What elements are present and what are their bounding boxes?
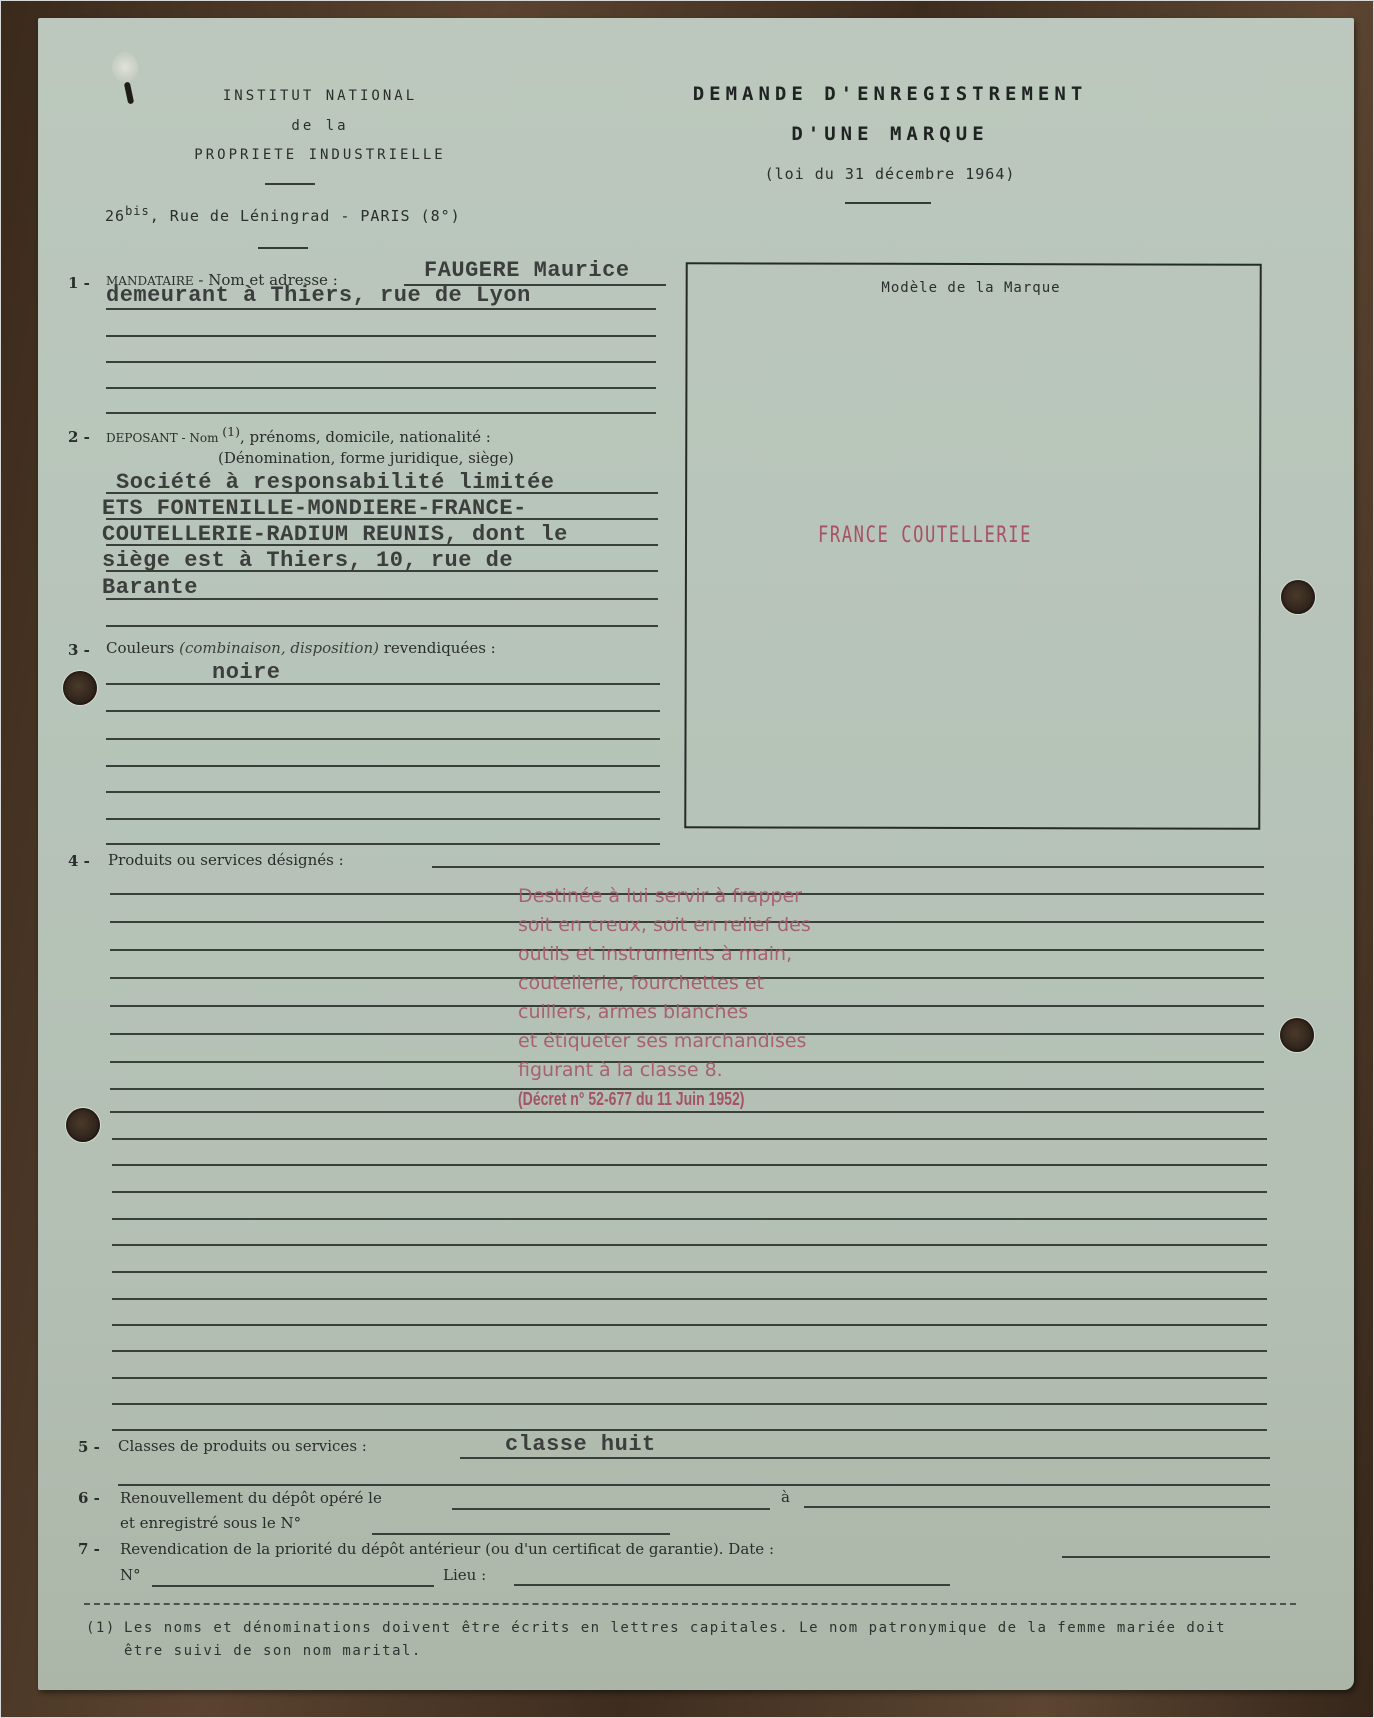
section-1-number: 1 -	[68, 274, 90, 292]
stamp-line-1: Destinée à lui servir à frapper	[518, 882, 811, 911]
address-number: 26	[105, 207, 125, 225]
renouvellement-date-field[interactable]	[452, 1508, 770, 1510]
mandataire-line-2[interactable]	[106, 335, 656, 337]
punch-hole-left-top	[63, 671, 97, 705]
section-4-number: 4 -	[68, 852, 90, 870]
deposant-rest: , prénoms, domicile, nationalité :	[240, 428, 491, 446]
classes-line-1[interactable]	[460, 1457, 1270, 1459]
deposant-caps: DEPOSANT	[106, 431, 178, 445]
classes-line-2[interactable]	[118, 1484, 1270, 1486]
section-3-label: Couleurs (combinaison, disposition) reve…	[106, 639, 496, 657]
form-title-law: (loi du 31 décembre 1964)	[660, 165, 1120, 183]
footnote-line-2: être suivi de son nom marital.	[124, 1643, 422, 1659]
deposant-sublabel: (Dénomination, forme juridique, siège)	[218, 449, 514, 467]
section-2-number: 2 -	[68, 428, 90, 446]
section-5-label: Classes de produits ou services :	[118, 1437, 367, 1455]
produits-line-10[interactable]	[112, 1138, 1267, 1140]
stamp-line-6: et étiqueter ses marchandises	[518, 1027, 811, 1056]
produits-line-16[interactable]	[112, 1298, 1267, 1300]
section-6-number: 6 -	[78, 1489, 100, 1507]
section-6-label-2: et enregistré sous le N°	[120, 1514, 301, 1532]
mandataire-line-5[interactable]	[106, 412, 656, 414]
stamp-decree: (Décret n° 52-677 du 11 Juin 1952)	[518, 1085, 744, 1114]
renouvellement-place-field[interactable]	[804, 1506, 1270, 1508]
couleurs-line-6[interactable]	[106, 818, 660, 820]
classes-value[interactable]: classe huit	[505, 1432, 656, 1457]
couleurs-line-5[interactable]	[106, 791, 660, 793]
stamp-line-4: coutellerie, fourchettes et	[518, 969, 811, 998]
section-7-label: Revendication de la priorité du dépôt an…	[120, 1540, 774, 1558]
stamp-line-7: figurant à la classe 8.	[518, 1056, 811, 1085]
punch-hole-left-bottom	[66, 1108, 100, 1142]
revendication-number-field[interactable]	[152, 1585, 434, 1587]
couleurs-line-4[interactable]	[106, 765, 660, 767]
section-4-label: Produits ou services désignés :	[108, 851, 344, 869]
deposant-line-3[interactable]	[106, 544, 658, 546]
couleurs-line-1[interactable]	[106, 683, 660, 685]
mandataire-line-3[interactable]	[106, 361, 656, 363]
deposant-line-6[interactable]	[106, 625, 658, 627]
mandataire-address-value[interactable]: demeurant à Thiers, rue de Lyon	[106, 283, 531, 308]
institution-line-1: INSTITUT NATIONAL	[150, 88, 490, 104]
deposant-line-5[interactable]	[106, 598, 658, 600]
produits-line-13[interactable]	[112, 1218, 1267, 1220]
mandataire-line-1[interactable]	[106, 308, 656, 310]
section-2-label: DEPOSANT - Nom (1), prénoms, domicile, n…	[106, 424, 491, 446]
footnote-divider	[84, 1603, 1296, 1605]
footnote-marker: (1)	[86, 1620, 116, 1636]
stamp-line-3: outils et instruments à main,	[518, 940, 811, 969]
revendication-no-label: N°	[120, 1566, 141, 1584]
title-divider	[845, 202, 931, 204]
produits-line-14[interactable]	[112, 1244, 1267, 1246]
produits-line-21[interactable]	[112, 1429, 1267, 1431]
couleurs-line-3[interactable]	[106, 738, 660, 740]
footnote-ref: (1)	[222, 424, 240, 439]
form-title-line-2: D'UNE MARQUE	[660, 123, 1120, 145]
deposant-line-2[interactable]	[106, 518, 658, 520]
mark-stamp-text: FRANCE COUTELLERIE	[818, 523, 1032, 548]
deposant-line-1[interactable]	[106, 492, 658, 494]
produits-line-0[interactable]	[432, 866, 1264, 868]
produits-line-20[interactable]	[112, 1403, 1267, 1405]
footnote-line-1: Les noms et dénominations doivent être é…	[124, 1620, 1226, 1636]
institution-line-2: de la	[150, 118, 490, 134]
revendication-lieu-label: Lieu :	[443, 1566, 486, 1584]
punch-hole-right-bottom	[1280, 1018, 1314, 1052]
produits-line-11[interactable]	[112, 1164, 1267, 1166]
produits-line-17[interactable]	[112, 1324, 1267, 1326]
stamp-line-2: soit en creux, soit en relief des	[518, 911, 811, 940]
staple-tear	[112, 52, 138, 82]
couleurs-label: Couleurs	[106, 639, 179, 657]
mark-model-caption: Modèle de la Marque	[685, 280, 1257, 296]
stamp-line-5: cuillers, armes blanches	[518, 998, 811, 1027]
address-street: , Rue de Léningrad - PARIS (8°)	[150, 207, 461, 225]
deposant-line-4[interactable]	[106, 570, 658, 572]
renouvellement-a-label: à	[781, 1488, 790, 1506]
produits-line-18[interactable]	[112, 1350, 1267, 1352]
renouvellement-number-field[interactable]	[372, 1533, 670, 1535]
couleurs-italic: (combinaison, disposition)	[179, 639, 379, 657]
produits-stamp: Destinée à lui servir à frapper soit en …	[518, 882, 811, 1114]
revendication-date-field[interactable]	[1062, 1556, 1270, 1558]
mandataire-name-value[interactable]: FAUGERE Maurice	[424, 258, 630, 283]
deposant-nom: - Nom	[178, 431, 223, 445]
form-title-line-1: DEMANDE D'ENREGISTREMENT	[660, 83, 1120, 105]
address-suffix: bis	[125, 204, 150, 218]
punch-hole-right-top	[1281, 580, 1315, 614]
produits-line-19[interactable]	[112, 1377, 1267, 1379]
institution-address: 26bis, Rue de Léningrad - PARIS (8°)	[105, 204, 461, 225]
mandataire-line-4[interactable]	[106, 387, 656, 389]
couleurs-line-7[interactable]	[106, 843, 660, 845]
revendication-lieu-field[interactable]	[514, 1584, 950, 1586]
address-divider	[258, 247, 308, 249]
section-3-number: 3 -	[68, 641, 90, 659]
couleurs-end: revendiquées :	[379, 639, 496, 657]
section-5-number: 5 -	[78, 1438, 100, 1456]
produits-line-12[interactable]	[112, 1191, 1267, 1193]
couleurs-line-2[interactable]	[106, 710, 660, 712]
header-divider-left	[265, 183, 315, 185]
section-7-number: 7 -	[78, 1540, 100, 1558]
deposant-value-line-5[interactable]: Barante	[102, 575, 198, 600]
institution-line-3: PROPRIETE INDUSTRIELLE	[150, 147, 490, 163]
produits-line-15[interactable]	[112, 1271, 1267, 1273]
couleurs-value[interactable]: noire	[212, 660, 281, 685]
section-6-label: Renouvellement du dépôt opéré le	[120, 1489, 382, 1507]
